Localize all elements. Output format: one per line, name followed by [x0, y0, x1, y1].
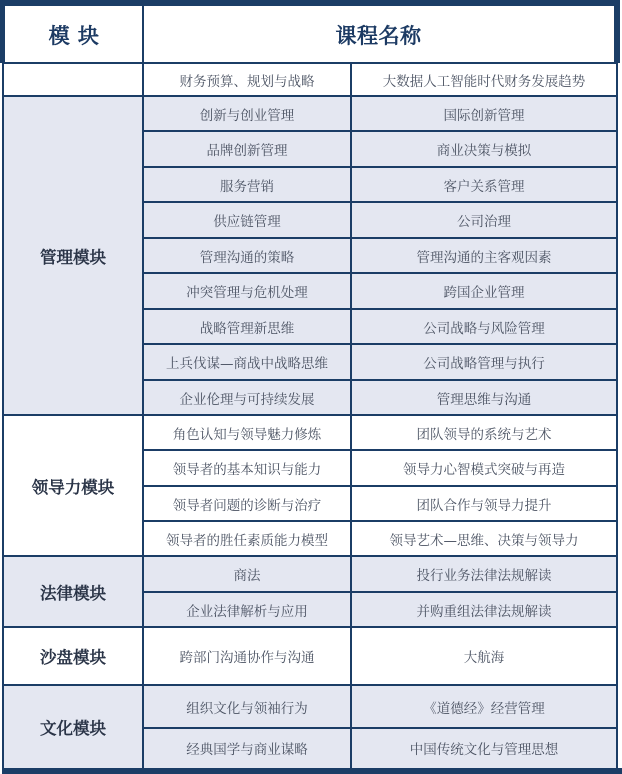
course-cell: 组织文化与领袖行为	[143, 685, 351, 728]
course-cell: 供应链管理	[143, 202, 351, 238]
course-cell: 财务预算、规划与战略	[143, 63, 351, 96]
course-cell: 跨部门沟通协作与沟通	[143, 627, 351, 685]
course-cell: 领导力心智模式突破与再造	[351, 450, 617, 486]
module-label-law: 法律模块	[3, 556, 143, 627]
header-module-column: 模 块	[5, 6, 143, 63]
course-cell: 《道德经》经营管理	[351, 685, 617, 728]
course-cell: 领导者的胜任素质能力模型	[143, 521, 351, 556]
course-cell: 团队领导的系统与艺术	[351, 415, 617, 450]
course-cell: 角色认知与领导魅力修炼	[143, 415, 351, 450]
course-cell: 跨国企业管理	[351, 273, 617, 309]
course-cell: 公司战略与风险管理	[351, 309, 617, 344]
course-cell: 管理沟通的策略	[143, 238, 351, 273]
course-cell: 公司治理	[351, 202, 617, 238]
course-cell: 管理沟通的主客观因素	[351, 238, 617, 273]
module-label-leadership: 领导力模块	[3, 415, 143, 556]
module-label-culture: 文化模块	[3, 685, 143, 768]
module-label-sandbox: 沙盘模块	[3, 627, 143, 685]
course-cell: 大航海	[351, 627, 617, 685]
module-label-management: 管理模块	[3, 96, 143, 415]
course-cell: 大数据人工智能时代财务发展趋势	[351, 63, 617, 96]
course-cell: 领导者的基本知识与能力	[143, 450, 351, 486]
course-cell: 公司战略管理与执行	[351, 344, 617, 380]
course-cell: 客户关系管理	[351, 167, 617, 202]
course-cell: 管理思维与沟通	[351, 380, 617, 415]
course-cell: 商法	[143, 556, 351, 592]
header-right-bar	[614, 0, 620, 63]
course-cell: 品牌创新管理	[143, 131, 351, 167]
header-course-column: 课程名称	[143, 6, 614, 63]
course-cell: 企业伦理与可持续发展	[143, 380, 351, 415]
course-cell: 中国传统文化与管理思想	[351, 728, 617, 768]
course-cell: 服务营销	[143, 167, 351, 202]
course-cell: 团队合作与领导力提升	[351, 486, 617, 521]
course-cell: 商业决策与模拟	[351, 131, 617, 167]
course-cell: 并购重组法律法规解读	[351, 592, 617, 627]
course-cell: 企业法律解析与应用	[143, 592, 351, 627]
course-cell: 领导艺术—思维、决策与领导力	[351, 521, 617, 556]
course-cell: 上兵伐谋—商战中战略思维	[143, 344, 351, 380]
course-table: 模 块 课程名称 财务预算、规划与战略 大数据人工智能时代财务发展趋势 管理模块…	[0, 0, 622, 774]
course-cell: 投行业务法律法规解读	[351, 556, 617, 592]
course-cell: 领导者问题的诊断与治疗	[143, 486, 351, 521]
course-cell: 国际创新管理	[351, 96, 617, 131]
table-bottom-bar	[2, 768, 622, 774]
course-cell: 战略管理新思维	[143, 309, 351, 344]
course-cell: 创新与创业管理	[143, 96, 351, 131]
course-cell: 经典国学与商业谋略	[143, 728, 351, 768]
course-cell: 冲突管理与危机处理	[143, 273, 351, 309]
